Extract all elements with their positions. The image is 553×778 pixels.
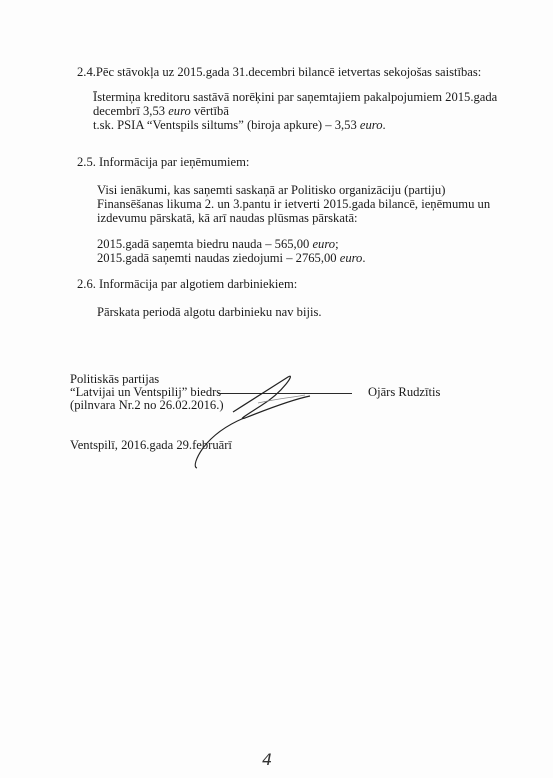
section-2-4-line3: t.sk. PSIA “Ventspils siltums” (biroja a…	[93, 118, 386, 132]
donations-item: 2015.gadā saņemti naudas ziedojumi – 276…	[97, 251, 366, 265]
section-2-4-line2: decembrī 3,53 euro vērtībā	[93, 104, 229, 118]
signer-role-line1: Politiskās partijas	[70, 372, 159, 386]
section-2-5-para-line: Finansēšanas likuma 2. un 3.pantu ir iet…	[97, 197, 490, 211]
signer-role-line2: “Latvijai un Ventspilij” biedrs	[70, 385, 221, 399]
section-2-5-para-line: izdevumu pārskatā, kā arī naudas plūsmas…	[97, 211, 358, 225]
place-date: Ventspilī, 2016.gada 29.februārī	[70, 438, 232, 452]
section-2-6-text: Pārskata periodā algotu darbinieku nav b…	[97, 305, 322, 319]
signer-role-line3: (pilnvara Nr.2 no 26.02.2016.)	[70, 398, 224, 412]
section-2-4-heading: 2.4.Pēc stāvokļa uz 2015.gada 31.decembr…	[77, 65, 481, 79]
section-2-5-heading: 2.5. Informācija par ieņēmumiem:	[77, 155, 249, 169]
section-2-5-para-line: Visi ienākumi, kas saņemti saskaņā ar Po…	[97, 183, 445, 197]
section-2-6-heading: 2.6. Informācija par algotiem darbinieki…	[77, 277, 297, 291]
section-2-4-line1: Īstermiņa kreditoru sastāvā norēķini par…	[93, 90, 497, 104]
signature-line	[218, 393, 352, 394]
membership-fee-item: 2015.gadā saņemta biedru nauda – 565,00 …	[97, 237, 339, 251]
signer-name: Ojārs Rudzītis	[368, 385, 440, 399]
page-number: 4	[262, 750, 272, 769]
